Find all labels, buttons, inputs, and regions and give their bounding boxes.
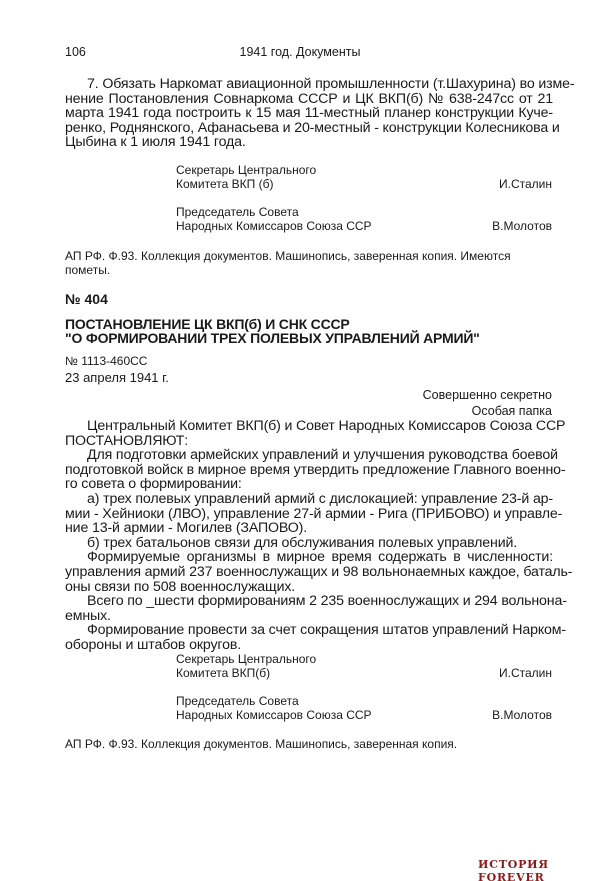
text-line: Формируемые организмы в мирное время сод… xyxy=(65,550,553,565)
archive-source-line: АП РФ. Ф.93. Коллекция документов. Машин… xyxy=(65,737,555,751)
secretary-title-line-2: Комитета ВКП (б) xyxy=(176,177,552,191)
watermark-logo: ИСТОРИЯ FOREVER xyxy=(478,858,600,881)
secretary-title-line-1: Секретарь Центрального xyxy=(176,652,552,666)
secretary-name: И.Сталин xyxy=(499,177,552,191)
text-line: Цыбина к 1 июля 1941 года. xyxy=(65,135,553,150)
text-line: Формирование провести за счет сокращения… xyxy=(65,623,553,638)
document-date: 23 апреля 1941 г. xyxy=(65,370,169,385)
running-title: 1941 год. Документы xyxy=(0,45,600,59)
text-line: марта 1941 года построить к 15 мая 11-ме… xyxy=(65,106,553,121)
archive-source-1: АП РФ. Ф.93. Коллекция документов. Машин… xyxy=(65,249,555,277)
document-number: № 404 xyxy=(65,291,108,307)
text-line: емных. xyxy=(65,609,553,624)
classification-special-folder: Особая папка xyxy=(472,404,552,419)
document-title-line: ПОСТАНОВЛЕНИЕ ЦК ВКП(б) И СНК СССР xyxy=(65,317,480,331)
secretary-title-line-1: Секретарь Центрального xyxy=(176,163,552,177)
signature-block-2: Секретарь Центрального Комитета ВКП(б) И… xyxy=(176,652,552,722)
text-line: Центральный Комитет ВКП(б) и Совет Народ… xyxy=(65,419,553,434)
signature-block-1: Секретарь Центрального Комитета ВКП (б) … xyxy=(176,163,552,233)
text-line: управления армий 237 военнослужащих и 98… xyxy=(65,565,553,580)
text-line: б) трех батальонов связи для обслуживани… xyxy=(65,536,553,551)
text-line: Для подготовки армейских управлений и ул… xyxy=(65,448,553,463)
text-line: оны связи по 508 военнослужащих. xyxy=(65,580,553,595)
secretary-title-line-2: Комитета ВКП(б) xyxy=(176,666,552,680)
chair-name: В.Молотов xyxy=(492,708,552,722)
document-title: ПОСТАНОВЛЕНИЕ ЦК ВКП(б) И СНК СССР "О ФО… xyxy=(65,317,480,345)
text-line: ние 13-й армии - Могилев (ЗАПОВО). xyxy=(65,521,553,536)
text-line: ПОСТАНОВЛЯЮТ: xyxy=(65,434,553,449)
text-line: нение Постановления Совнаркома СССР и ЦК… xyxy=(65,92,553,107)
chair-name: В.Молотов xyxy=(492,219,552,233)
text-line: го совета о формировании: xyxy=(65,477,553,492)
archive-source-line: АП РФ. Ф.93. Коллекция документов. Машин… xyxy=(65,249,555,263)
text-line: мии - Хейниоки (ЛВО), управление 27-й ар… xyxy=(65,507,553,522)
secretary-name: И.Сталин xyxy=(499,666,552,680)
chair-title-line-1: Председатель Совета xyxy=(176,205,552,219)
text-line: 7. Обязать Наркомат авиационной промышле… xyxy=(65,77,553,92)
text-line: Всего по _шести формированиям 2 235 воен… xyxy=(65,594,553,609)
archive-source-2: АП РФ. Ф.93. Коллекция документов. Машин… xyxy=(65,737,555,751)
item-7-paragraph: 7. Обязать Наркомат авиационной промышле… xyxy=(65,77,553,150)
text-line: а) трех полевых управлений армий с дисло… xyxy=(65,492,553,507)
registration-number: № 1113-460СС xyxy=(65,354,147,369)
document-body: Центральный Комитет ВКП(б) и Совет Народ… xyxy=(65,419,553,653)
archive-source-line: пометы. xyxy=(65,263,555,277)
document-title-line: "О ФОРМИРОВАНИИ ТРЕХ ПОЛЕВЫХ УПРАВЛЕНИЙ … xyxy=(65,331,480,345)
text-line: обороны и штабов округов. xyxy=(65,638,553,653)
text-line: ренко, Роднянского, Афанасьева и 20-мест… xyxy=(65,121,553,136)
text-line: подготовкой войск в мирное время утверди… xyxy=(65,463,553,478)
classification-secret: Совершенно секретно xyxy=(423,388,552,403)
chair-title-line-1: Председатель Совета xyxy=(176,694,552,708)
